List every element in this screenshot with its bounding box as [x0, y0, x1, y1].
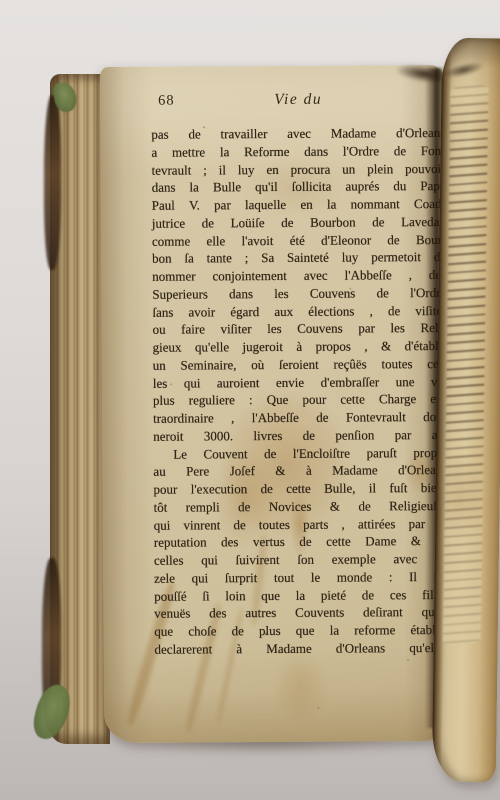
running-title: Vie du	[274, 91, 322, 109]
body-line: a mettre la Reforme dans l'Ordre de Fon-	[151, 142, 445, 162]
body-line: Paul V. par laquelle en la nommant Coad-	[152, 195, 446, 215]
body-line: pouſſé ſi loin que la pieté de ces fille…	[154, 585, 448, 605]
spine-leather-top	[44, 95, 61, 270]
body-line: Le Couvent de l'Encloiſtre paruſt propre	[153, 443, 447, 463]
body-line: celles qui ſuivirent ſon exemple avec un	[154, 550, 448, 570]
facing-page-edge	[432, 38, 500, 783]
body-line: nommer conjointement avec l'Abbeſſe , de…	[152, 266, 446, 286]
body-line: declarerent à Madame d'Orleans qu'elles	[154, 639, 448, 659]
body-line: jutrice de Loüiſe de Bourbon de Lavedan	[152, 213, 446, 233]
body-line: que choſe de plus que la reforme établie…	[154, 621, 448, 641]
page-number: 68	[158, 93, 175, 110]
facing-page-text-lines	[443, 85, 489, 646]
body-line: venuës des autres Couvents deſirant quel…	[154, 603, 448, 623]
body-line: au Pere Joſef & à Madame d'Orleans	[153, 461, 447, 481]
body-line: neroit 3000. livres de penſion par an.	[153, 426, 447, 446]
body-line: qui vinrent de toutes parts , attirées p…	[154, 514, 448, 534]
body-line: zele qui ſurprit tout le monde : Il fut	[154, 568, 448, 588]
body-line: bon ſa tante ; Sa Sainteté luy permetoit…	[152, 248, 446, 268]
body-line: dans la Bulle qu'il ſollicita auprés du …	[152, 177, 446, 197]
page-header: 68 Vie du	[100, 91, 446, 113]
body-line: pour l'execution de cette Bulle, il fuſt…	[153, 479, 447, 499]
body-line: comme elle l'avoit été d'Eleonor de Bour…	[152, 230, 446, 250]
body-line: ſans avoir égard aux élections , de viſi…	[152, 301, 446, 321]
body-line: les qui auroient envie d'embraſſer une v…	[153, 372, 447, 392]
body-line: pas de travailler avec Madame d'Orleans	[151, 124, 445, 144]
body-line: reputation des vertus de cette Dame & de	[154, 532, 448, 552]
facing-page-fold	[443, 59, 485, 80]
body-text: pas de travailler avec Madame d'Orleansa…	[151, 124, 448, 658]
body-line: un Seminaire, où ſeroient reçûës toutes …	[153, 355, 447, 375]
body-line: tevrault ; il luy en procura un plein po…	[152, 159, 446, 179]
body-line: Superieurs dans les Couvens de l'Ordre	[152, 284, 446, 304]
body-line: tôt rempli de Novices & de Religieuſes	[154, 497, 448, 517]
body-line: gieux qu'elle jugeroit à propos , & d'ét…	[153, 337, 447, 357]
book-photo: 68 Vie du pas de travailler avec Madame …	[0, 0, 500, 800]
book-page: 68 Vie du pas de travailler avec Madame …	[100, 65, 450, 743]
body-line: traordinaire , l'Abbeſſe de Fontevrault …	[153, 408, 447, 428]
body-line: ou faire viſiter les Couvens par les Rel…	[152, 319, 446, 339]
body-line: plus reguliere : Que pour cette Charge e…	[153, 390, 447, 410]
